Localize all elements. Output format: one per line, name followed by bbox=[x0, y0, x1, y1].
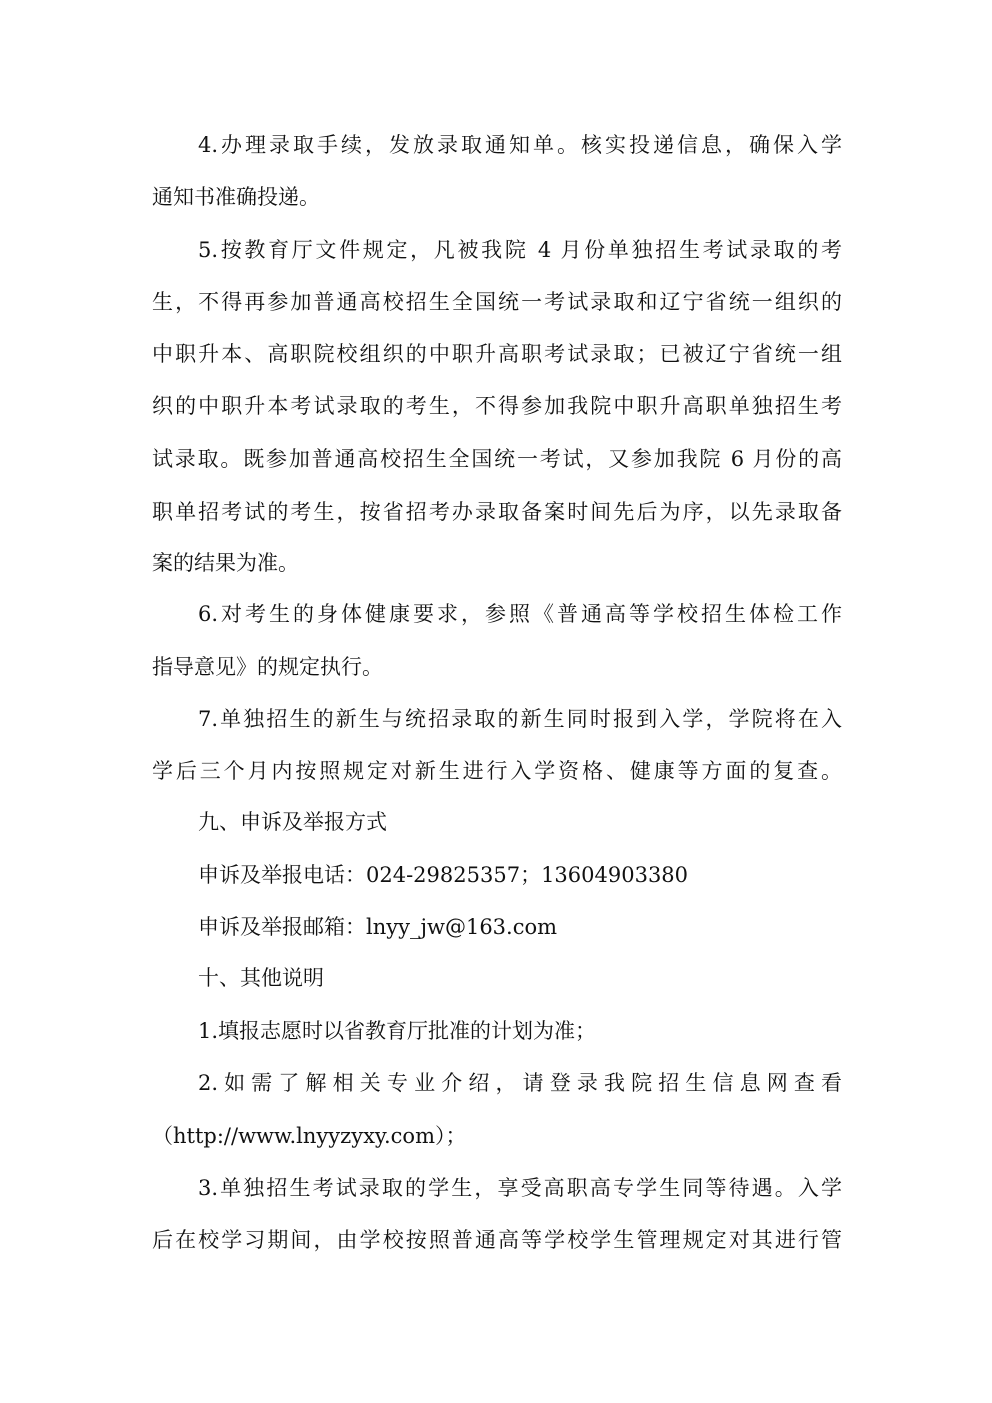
complaint-email-value: lnyy_jw@163.com bbox=[366, 915, 557, 939]
item-7-line-2: 学后三个月内按照规定对新生进行入学资格、健康等方面的复查。 bbox=[152, 753, 842, 789]
item-5-line-6: 职单招考试的考生，按省招考办录取备案时间先后为序，以先录取备 bbox=[152, 494, 842, 530]
section-9-heading: 九、申诉及举报方式 bbox=[198, 804, 842, 840]
item-4-line-2: 通知书准确投递。 bbox=[152, 179, 842, 215]
section-10-heading: 十、其他说明 bbox=[198, 960, 842, 996]
item-4-line-1: 4.办理录取手续，发放录取通知单。核实投递信息，确保入学 bbox=[198, 127, 842, 163]
complaint-email-line: 申诉及举报邮箱：lnyy_jw@163.com bbox=[198, 909, 842, 945]
section-10-item-2-url: （http://www.lnyyzyxy.com）； bbox=[152, 1118, 842, 1154]
item-5-line-5: 试录取。既参加普通高校招生全国统一考试，又参加我院 6 月份的高 bbox=[152, 441, 842, 477]
item-5-line-4: 织的中职升本考试录取的考生，不得参加我院中职升高职单独招生考 bbox=[152, 388, 842, 424]
section-10-item-3-line-2: 后在校学习期间，由学校按照普通高等学校学生管理规定对其进行管 bbox=[152, 1222, 842, 1258]
complaint-phone-label: 申诉及举报电话： bbox=[198, 863, 366, 887]
document-page: 4.办理录取手续，发放录取通知单。核实投递信息，确保入学 通知书准确投递。 5.… bbox=[0, 0, 992, 1403]
section-10-item-1: 1.填报志愿时以省教育厅批准的计划为准； bbox=[198, 1013, 842, 1049]
item-5-line-7: 案的结果为准。 bbox=[152, 545, 842, 581]
item-7-line-1: 7.单独招生的新生与统招录取的新生同时报到入学，学院将在入 bbox=[198, 701, 842, 737]
item-6-line-1: 6.对考生的身体健康要求，参照《普通高等学校招生体检工作 bbox=[198, 596, 842, 632]
section-10-item-2-line-1: 2.如需了解相关专业介绍，请登录我院招生信息网查看 bbox=[198, 1065, 842, 1101]
section-10-item-3-line-1: 3.单独招生考试录取的学生，享受高职高专学生同等待遇。入学 bbox=[198, 1170, 842, 1206]
item-6-line-2: 指导意见》的规定执行。 bbox=[152, 649, 842, 685]
complaint-phone-value: 024-29825357；13604903380 bbox=[366, 863, 688, 887]
item-5-line-3: 中职升本、高职院校组织的中职升高职考试录取；已被辽宁省统一组 bbox=[152, 336, 842, 372]
item-5-line-2: 生，不得再参加普通高校招生全国统一考试录取和辽宁省统一组织的 bbox=[152, 284, 842, 320]
complaint-phone-line: 申诉及举报电话：024-29825357；13604903380 bbox=[198, 857, 842, 893]
complaint-email-label: 申诉及举报邮箱： bbox=[198, 915, 366, 939]
item-5-line-1: 5.按教育厅文件规定，凡被我院 4 月份单独招生考试录取的考 bbox=[198, 232, 842, 268]
